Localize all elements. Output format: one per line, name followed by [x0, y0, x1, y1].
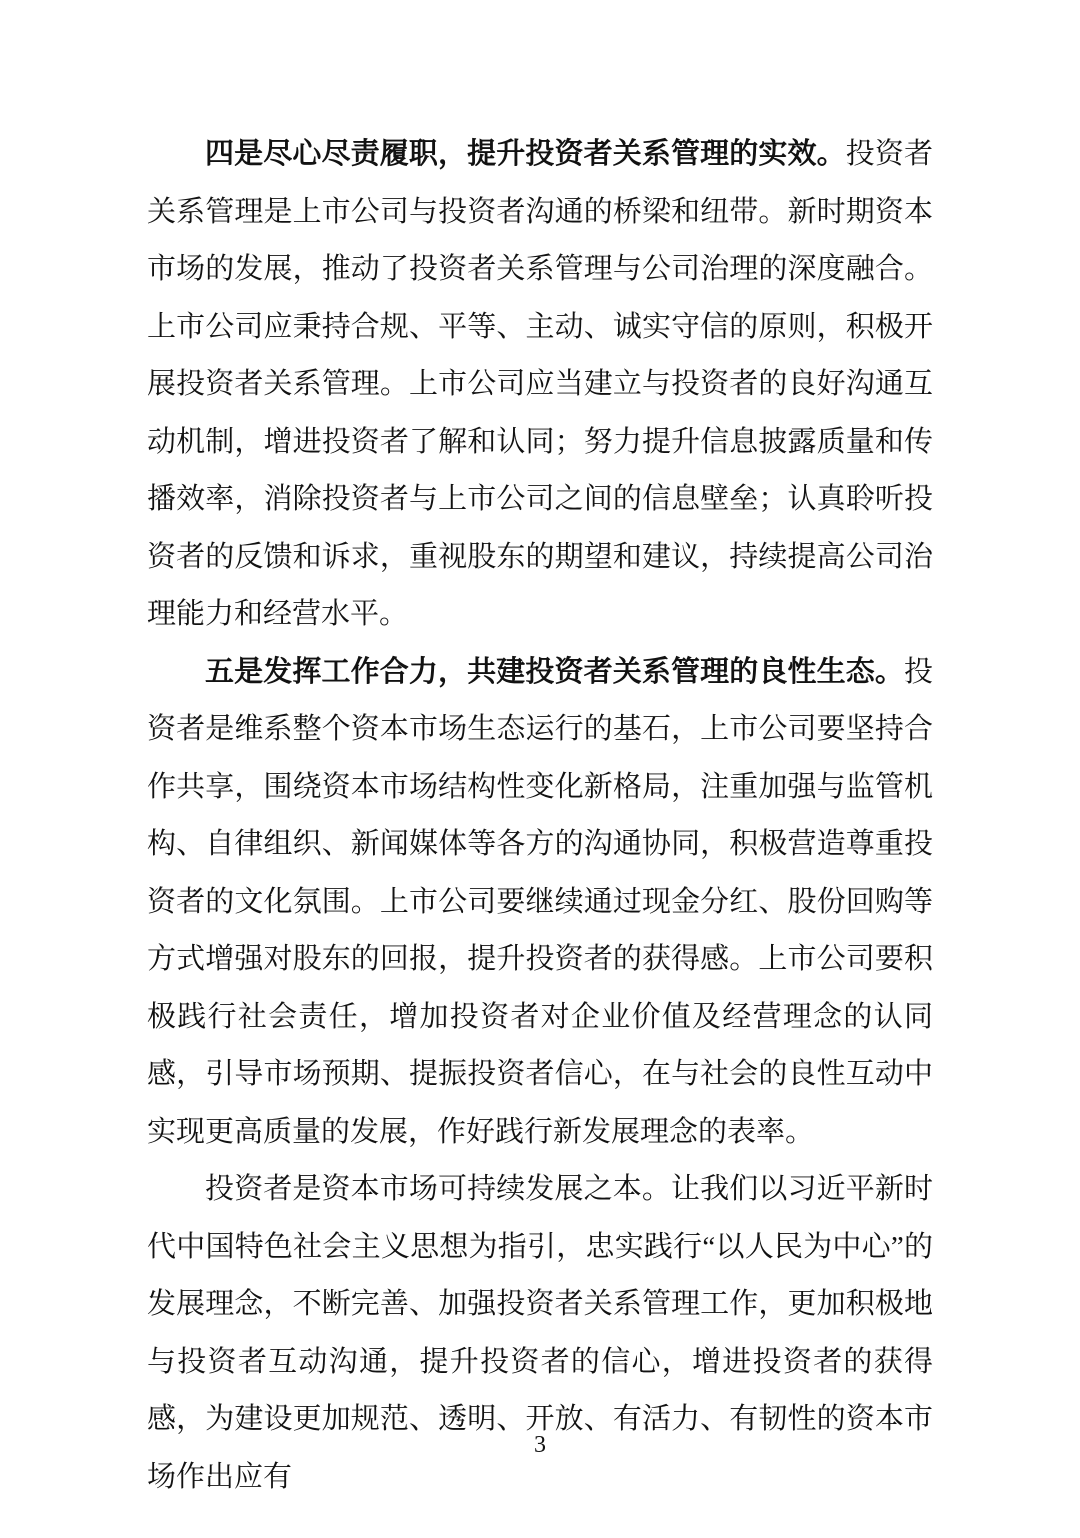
paragraph-point-four-lead: 四是尽心尽责履职，提升投资者关系管理的实效。 [205, 138, 846, 170]
paragraph-point-five-body: 投资者是维系整个资本市场生态运行的基石，上市公司要坚持合作共享，围绕资本市场结构… [147, 656, 933, 1148]
page-number: 3 [0, 1430, 1080, 1460]
document-page: 四是尽心尽责履职，提升投资者关系管理的实效。投资者关系管理是上市公司与投资者沟通… [0, 0, 1080, 1538]
paragraph-point-five-lead: 五是发挥工作合力，共建投资者关系管理的良性生态。 [205, 656, 904, 688]
paragraph-point-five: 五是发挥工作合力，共建投资者关系管理的良性生态。投资者是维系整个资本市场生态运行… [147, 644, 933, 1162]
paragraph-point-four-body: 投资者关系管理是上市公司与投资者沟通的桥梁和纽带。新时期资本市场的发展，推动了投… [147, 138, 933, 630]
paragraph-point-four: 四是尽心尽责履职，提升投资者关系管理的实效。投资者关系管理是上市公司与投资者沟通… [147, 126, 933, 644]
